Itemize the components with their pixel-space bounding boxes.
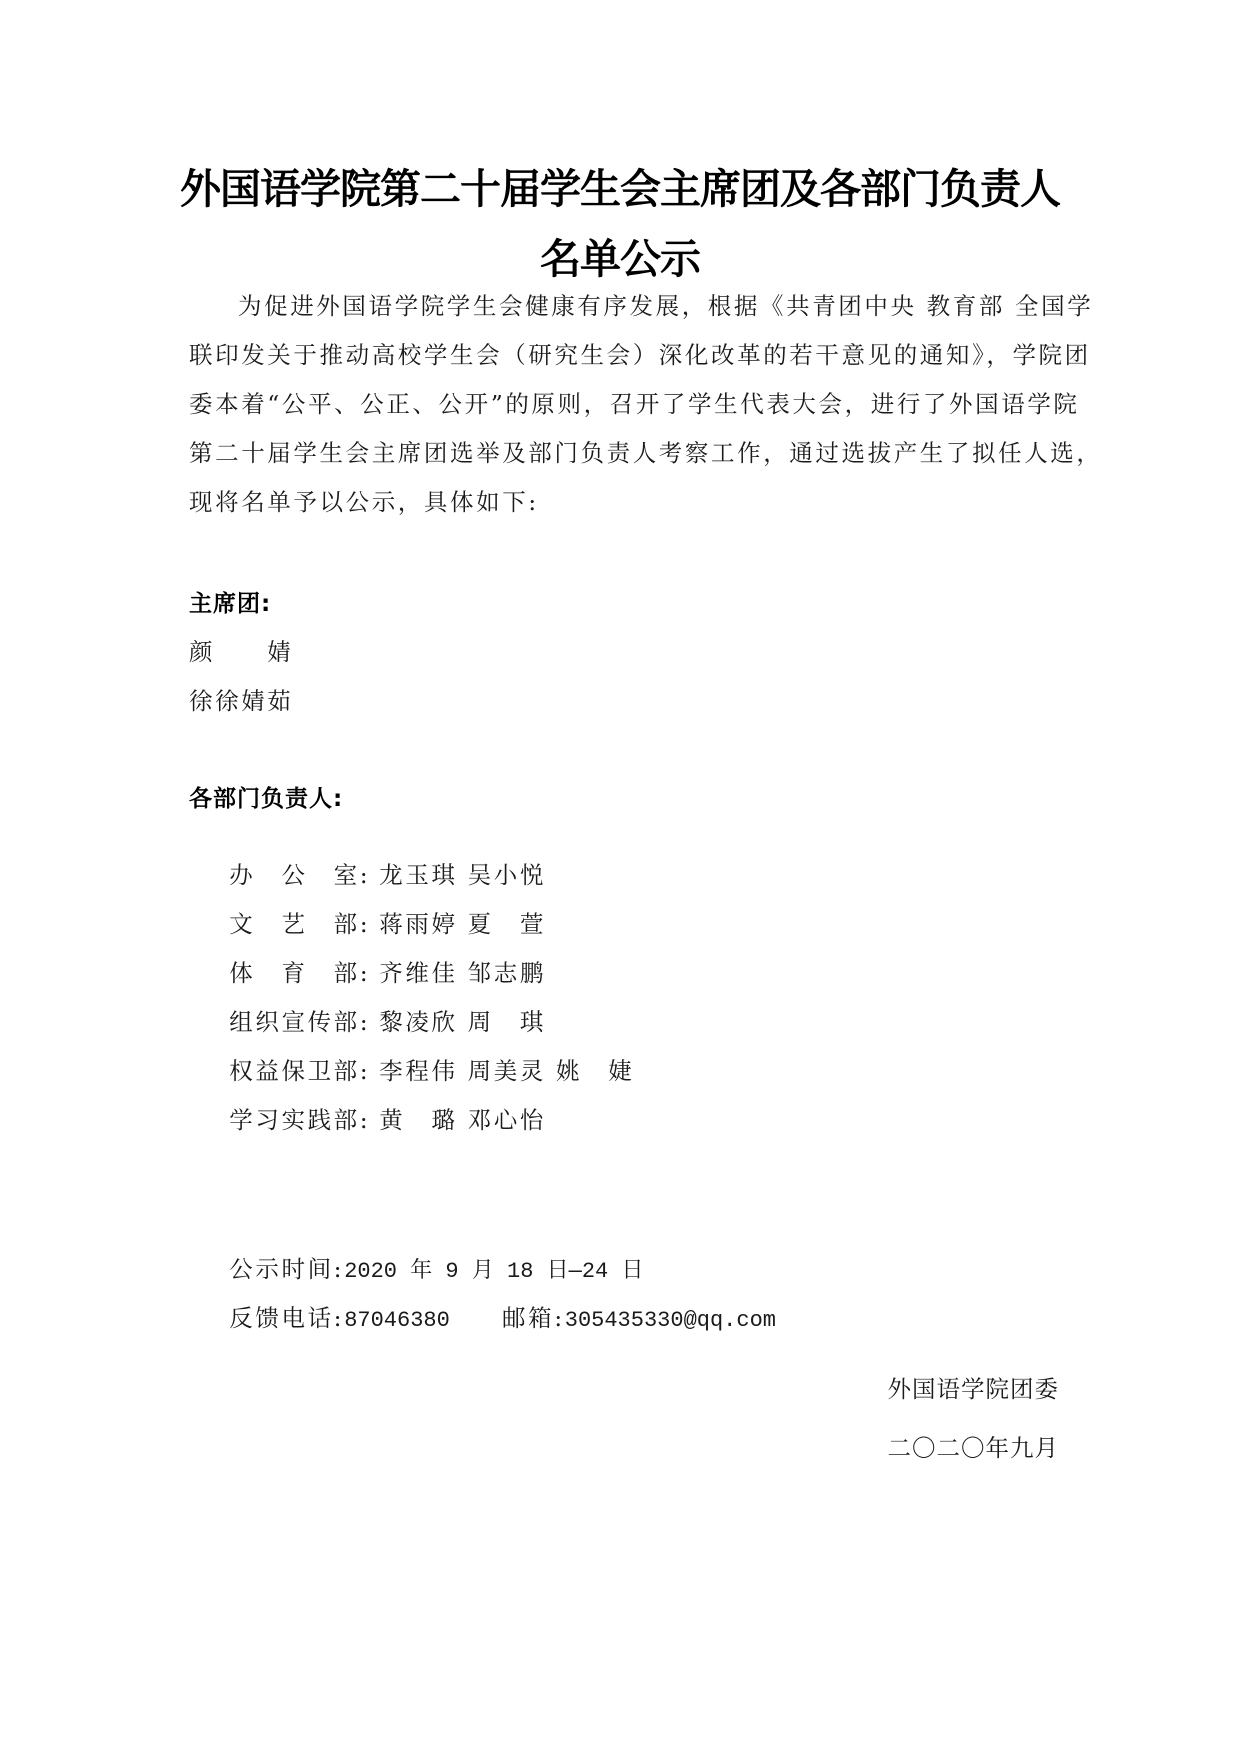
signature-org: 外国语学院团委 [888,1370,1060,1404]
intro-line: 联印发关于推动高校学生会（研究生会）深化改革的若干意见的通知》，学院团 [189,331,1059,380]
department-name: 学习实践部: [229,1101,379,1135]
presidium-member: 徐徐婧茹 [189,682,293,716]
email-address: 305435330@qq.com [565,1308,776,1333]
phone-number: 87046380 [344,1308,450,1333]
feedback-contact: 反馈电话:87046380 邮箱:305435330@qq.com [189,1271,776,1361]
document-subtitle: 名单公示 [0,226,1240,285]
department-leaders: 黄 璐 邓心怡 [379,1106,546,1134]
department-row: 学习实践部:黄 璐 邓心怡 [189,1073,546,1163]
intro-paragraph: 为促进外国语学院学生会健康有序发展，根据《共青团中央 教育部 全国学 联印发关于… [189,282,1059,527]
intro-line: 现将名单予以公示，具体如下: [189,478,1059,527]
departments-heading: 各部门负责人: [189,780,343,813]
intro-line: 委本着“公平、公正、公开”的原则，召开了学生代表大会，进行了外国语学院 [189,380,1059,429]
signature-date: 二〇二〇年九月 [888,1429,1060,1463]
document-title: 外国语学院第二十届学生会主席团及各部门负责人 [0,156,1240,215]
email-label: 邮箱: [502,1304,565,1332]
presidium-member: 颜 婧 [189,633,293,667]
intro-line: 第二十届学生会主席团选举及部门负责人考察工作，通过选拔产生了拟任人选， [189,429,1059,478]
document-page: 外国语学院第二十届学生会主席团及各部门负责人 名单公示 为促进外国语学院学生会健… [0,0,1240,1754]
intro-line: 为促进外国语学院学生会健康有序发展，根据《共青团中央 教育部 全国学 [189,282,1059,331]
presidium-heading: 主席团: [189,585,271,618]
phone-label: 反馈电话: [229,1304,344,1332]
